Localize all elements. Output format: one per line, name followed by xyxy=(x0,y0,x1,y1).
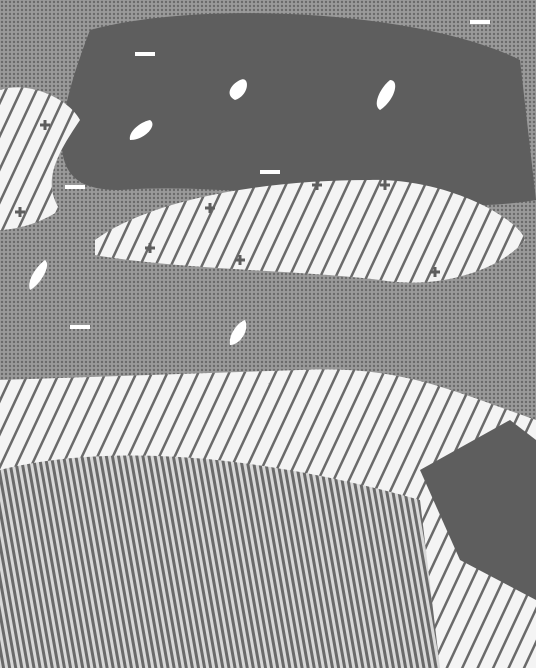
storm-illustration xyxy=(0,0,536,668)
storm-scene xyxy=(0,0,536,668)
dark-storm-cloud xyxy=(62,13,536,206)
